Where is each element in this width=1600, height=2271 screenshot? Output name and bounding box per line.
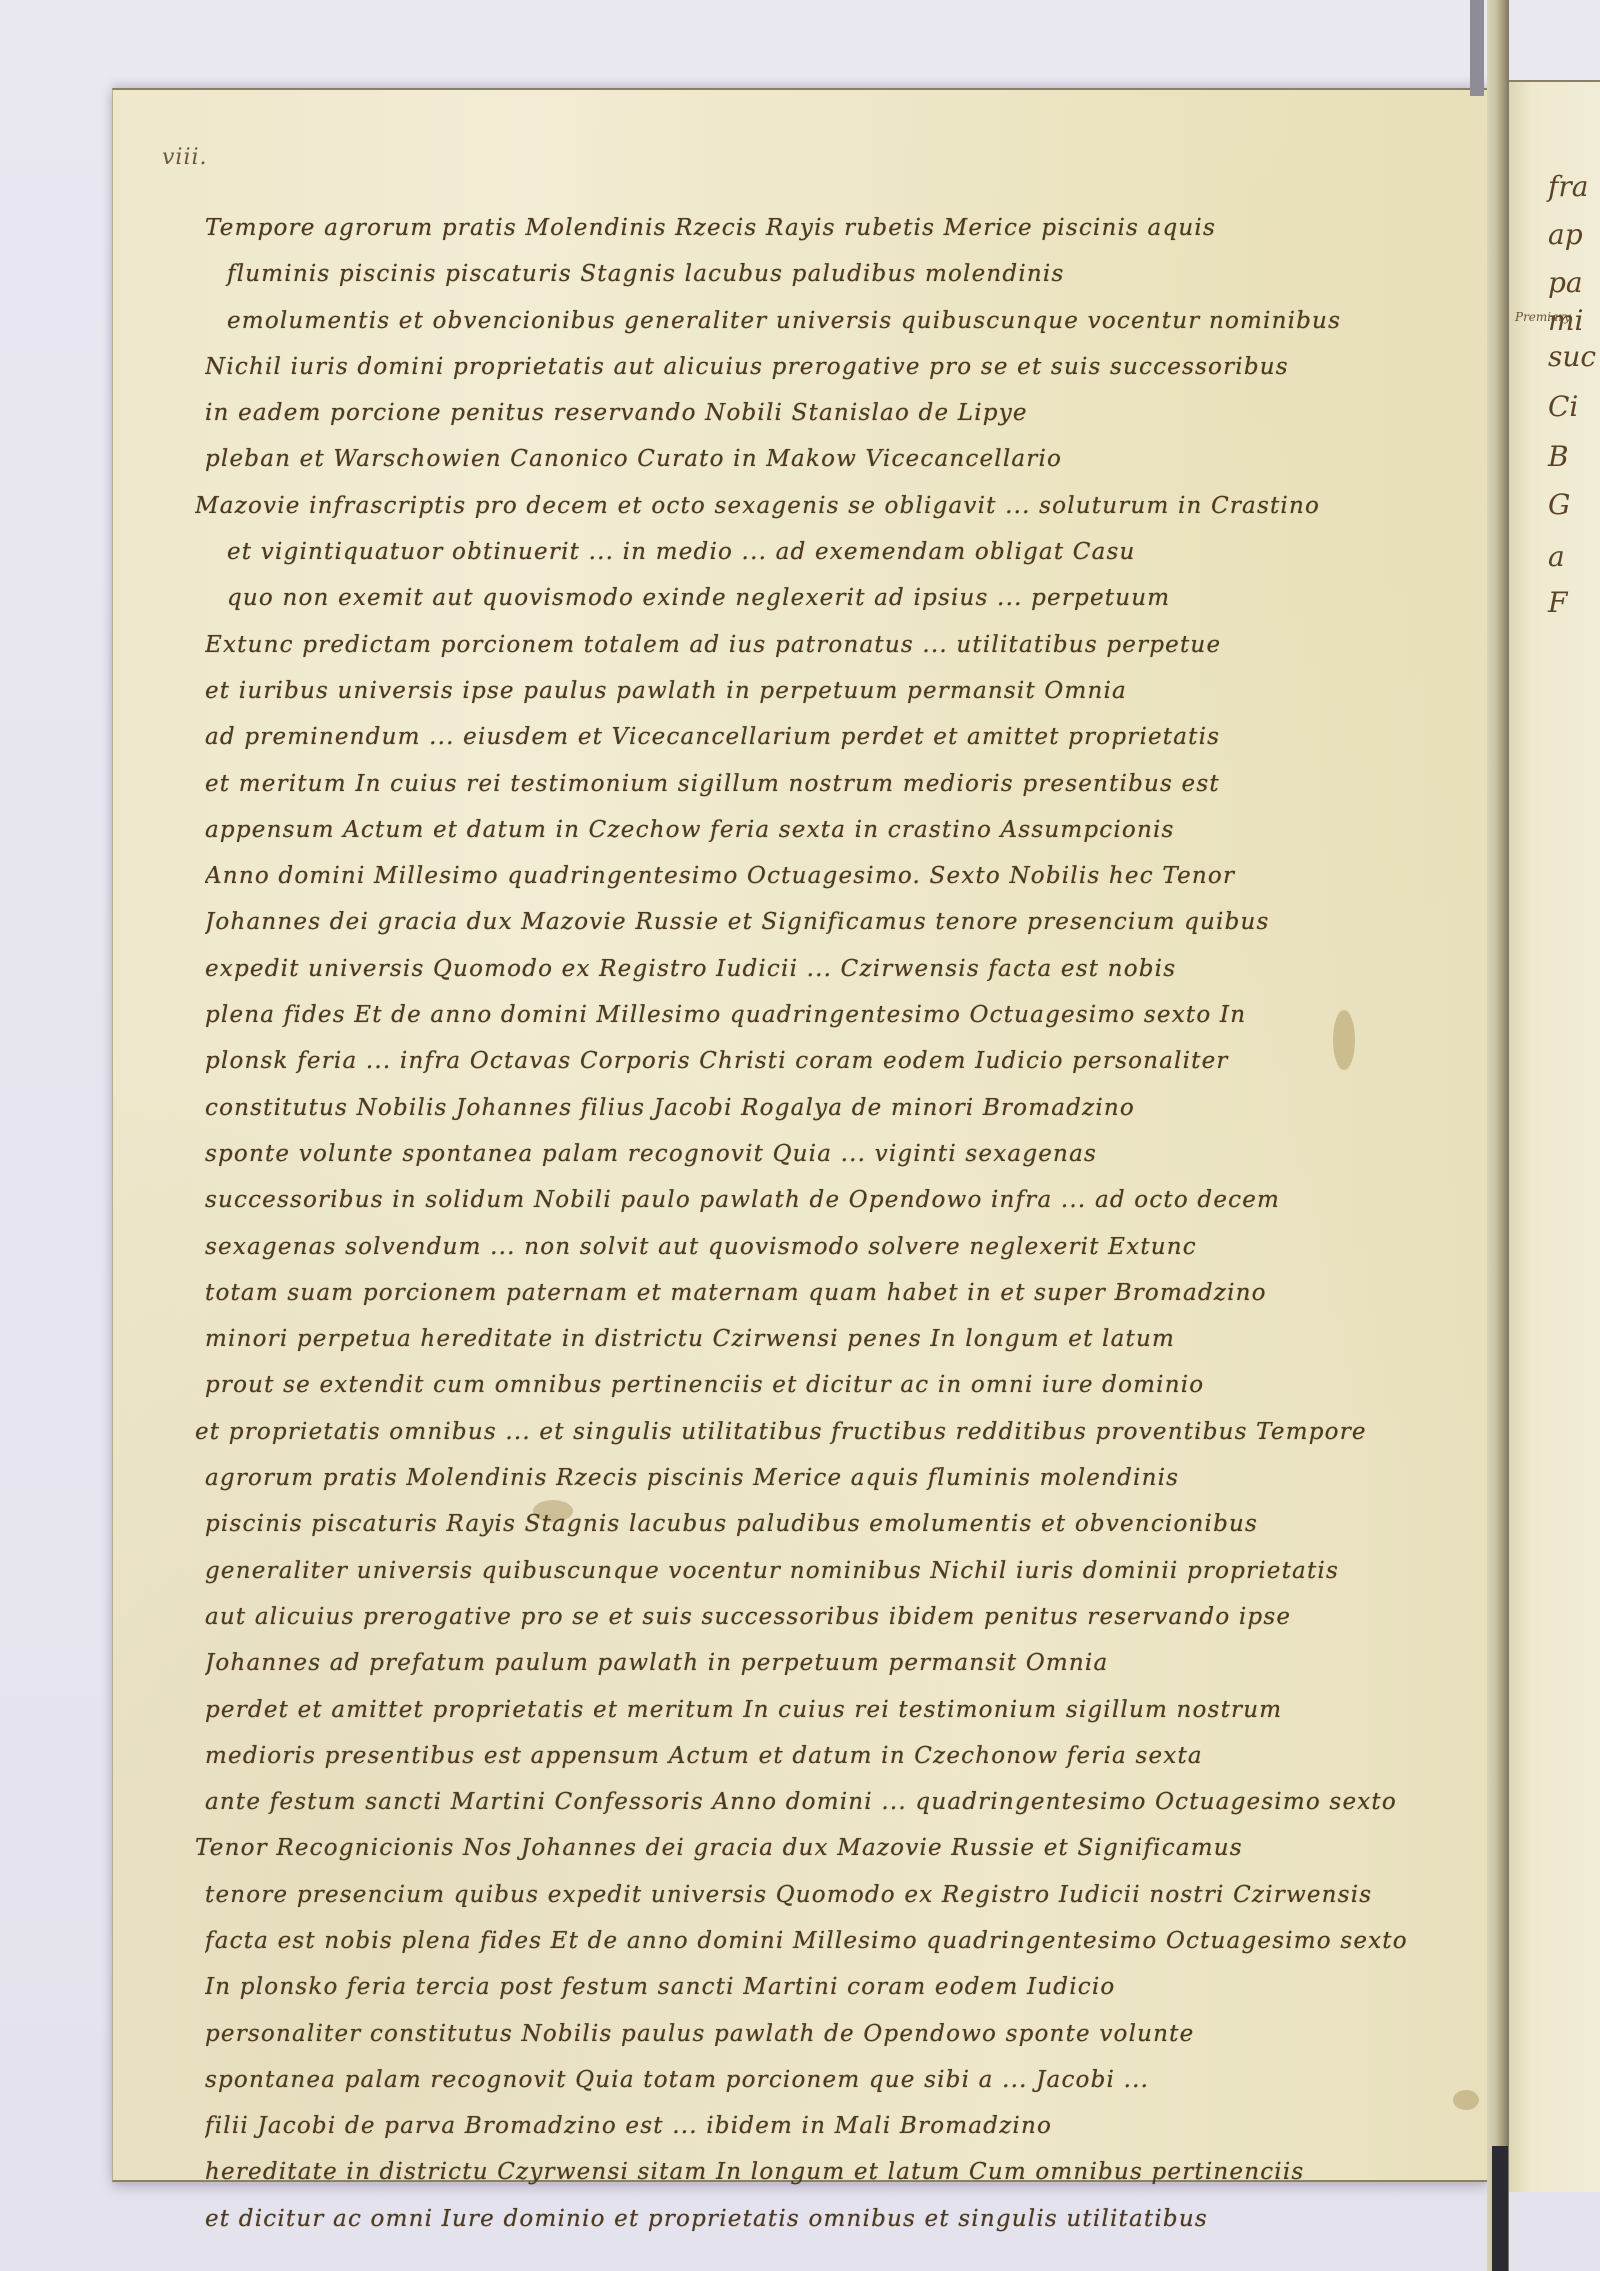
- text-line: Johannes dei gracia dux Mazovie Russie e…: [205, 899, 1450, 945]
- text-line: spontanea palam recognovit Quia totam po…: [205, 2057, 1450, 2103]
- facing-text-fragment: suc: [1548, 340, 1596, 373]
- text-line: ad preminendum ... eiusdem et Vicecancel…: [205, 714, 1450, 760]
- facing-text-fragment: a: [1548, 540, 1565, 573]
- facing-text-fragment: mi: [1548, 304, 1584, 337]
- text-line: pleban et Warschowien Canonico Curato in…: [205, 436, 1450, 482]
- text-line: agrorum pratis Molendinis Rzecis piscini…: [205, 1455, 1450, 1501]
- text-line: plonsk feria ... infra Octavas Corporis …: [205, 1038, 1450, 1084]
- text-line: et dicitur ac omni Iure dominio et propr…: [205, 2196, 1450, 2242]
- text-line: filii Jacobi de parva Bromadzino est ...…: [205, 2103, 1450, 2149]
- text-line: quo non exemit aut quovismodo exinde neg…: [205, 575, 1450, 621]
- facing-text-fragment: Ci: [1548, 390, 1578, 423]
- folio-number: viii.: [162, 145, 208, 170]
- text-line: et vigintiquatuor obtinuerit ... in medi…: [205, 529, 1450, 575]
- text-line: Nichil iuris domini proprietatis aut ali…: [205, 344, 1450, 390]
- text-line: personaliter constitutus Nobilis paulus …: [205, 2011, 1450, 2057]
- facing-text-fragment: pa: [1548, 266, 1583, 299]
- text-line: Tenor Recognicionis Nos Johannes dei gra…: [195, 1825, 1450, 1871]
- text-line: Tempore agrorum pratis Molendinis Rzecis…: [205, 205, 1450, 251]
- text-line: expedit universis Quomodo ex Registro Iu…: [205, 946, 1450, 992]
- text-line: et meritum In cuius rei testimonium sigi…: [205, 761, 1450, 807]
- text-line: Extunc predictam porcionem totalem ad iu…: [205, 622, 1450, 668]
- text-line: Johannes ad prefatum paulum pawlath in p…: [205, 1640, 1450, 1686]
- text-line: Anno domini Millesimo quadringentesimo O…: [205, 853, 1450, 899]
- text-line: prout se extendit cum omnibus pertinenci…: [205, 1362, 1450, 1408]
- water-stain: [1453, 2090, 1479, 2110]
- text-line: emolumentis et obvencionibus generaliter…: [205, 298, 1450, 344]
- book-spine-top: [1470, 0, 1484, 96]
- text-line: successoribus in solidum Nobili paulo pa…: [205, 1177, 1450, 1223]
- text-line: facta est nobis plena fides Et de anno d…: [205, 1918, 1450, 1964]
- binding-gutter: [1487, 0, 1509, 2271]
- text-line: sexagenas solvendum ... non solvit aut q…: [205, 1224, 1450, 1270]
- text-line: fluminis piscinis piscaturis Stagnis lac…: [205, 251, 1450, 297]
- facing-text-fragment: ap: [1548, 218, 1583, 251]
- facing-text-fragment: F: [1548, 586, 1567, 619]
- text-line: et iuribus universis ipse paulus pawlath…: [205, 668, 1450, 714]
- main-text-block: Tempore agrorum pratis Molendinis Rzecis…: [205, 205, 1450, 2242]
- text-line: medioris presentibus est appensum Actum …: [205, 1733, 1450, 1779]
- text-line: ante festum sancti Martini Confessoris A…: [205, 1779, 1450, 1825]
- facing-text-fragment: fra: [1548, 170, 1588, 203]
- text-line: sponte volunte spontanea palam recognovi…: [205, 1131, 1450, 1177]
- text-line: minori perpetua hereditate in districtu …: [205, 1316, 1450, 1362]
- text-line: In plonsko feria tercia post festum sanc…: [205, 1964, 1450, 2010]
- book-spine-bottom: [1492, 2146, 1508, 2271]
- text-line: perdet et amittet proprietatis et meritu…: [205, 1687, 1450, 1733]
- facing-text-fragment: B: [1548, 440, 1569, 473]
- text-line: appensum Actum et datum in Czechow feria…: [205, 807, 1450, 853]
- text-line: totam suam porcionem paternam et materna…: [205, 1270, 1450, 1316]
- text-line: generaliter universis quibuscunque vocen…: [205, 1548, 1450, 1594]
- text-line: hereditate in districtu Czyrwensi sitam …: [205, 2149, 1450, 2195]
- text-line: plena fides Et de anno domini Millesimo …: [205, 992, 1450, 1038]
- text-line: et proprietatis omnibus ... et singulis …: [195, 1409, 1450, 1455]
- text-line: piscinis piscaturis Rayis Stagnis lacubu…: [205, 1501, 1450, 1547]
- facing-text-fragment: G: [1548, 488, 1570, 521]
- text-line: constitutus Nobilis Johannes filius Jaco…: [205, 1085, 1450, 1131]
- text-line: Mazovie infrascriptis pro decem et octo …: [195, 483, 1450, 529]
- text-line: tenore presencium quibus expedit univers…: [205, 1872, 1450, 1918]
- text-line: in eadem porcione penitus reservando Nob…: [205, 390, 1450, 436]
- text-line: aut alicuius prerogative pro se et suis …: [205, 1594, 1450, 1640]
